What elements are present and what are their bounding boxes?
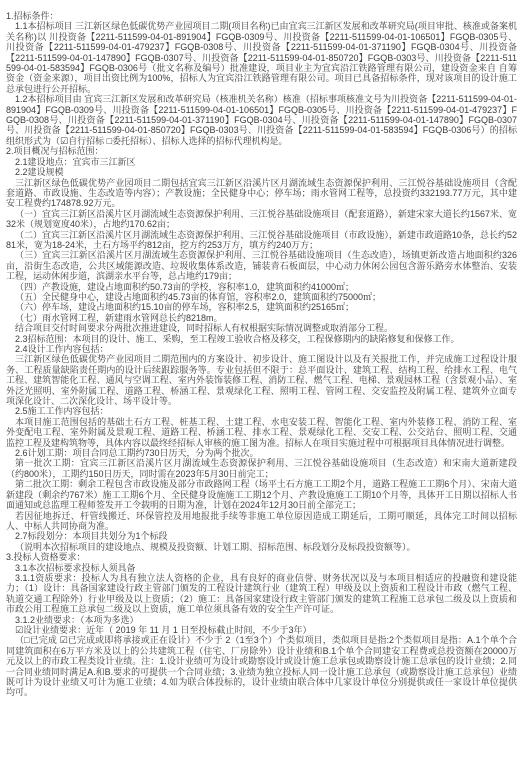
paragraph: 第二批次工期：剩余工程包含市政设施及部分市政路网工程（场平土石方施工工期2个月，… — [6, 479, 517, 510]
paragraph: 2.1建设地点：宜宾市三江新区 — [6, 157, 517, 167]
paragraph: （七）雨水管网工程，新建雨水管网总长约8218m。 — [6, 313, 517, 323]
section-heading: 2.项目概况与招标范围： — [6, 146, 517, 156]
paragraph: （□已完成 ☑已完成或即将承接或正在设计）不少于 2（1至3个）个类似项目，类似… — [6, 635, 517, 697]
paragraph: 1.1本招标项目 三江新区绿色低碳优势产业园项目二期(项目名称)已由宜宾三江新区… — [6, 21, 517, 94]
paragraph: 2.7标段划分：本项目共划分为1个标段 — [6, 531, 517, 541]
paragraph: 若因征地拆迁、杆管线搬迁、环保管控及用地报批手续等非施工单位原因造成工期延后，工… — [6, 511, 517, 532]
paragraph: （四）产教设施，建设占地面积约50.73亩的学校，容积率1.0，建筑面积约410… — [6, 282, 517, 292]
paragraph: 3.1.1资质要求：投标人为具有独立法人资格的企业，具有良好的商业信誉、财务状况… — [6, 573, 517, 615]
paragraph: 3.1.2业绩要求：（本项为多选） — [6, 615, 517, 625]
paragraph: 2.4设计工作内容包括： — [6, 344, 517, 354]
paragraph: （一）宜宾三江新区沿溪片区月湖流域生态资源保护利用、三江悦谷基础设施项目（配套道… — [6, 209, 517, 230]
paragraph: （六）停车场，建设占地面积约15.10亩的停车场，容积率2.5，建筑面积约251… — [6, 302, 517, 312]
document-body: 1.招标条件：1.1本招标项目 三江新区绿色低碳优势产业园项目二期(项目名称)已… — [0, 0, 522, 765]
paragraph: 3.1本次招标要求投标人须具备 — [6, 563, 517, 573]
paragraph: 三江新区绿色低碳优势产业园项目二期包括宜宾三江新区沿溪片区月湖流域生态资源保护利… — [6, 178, 517, 209]
paragraph: （二）宜宾三江新区沿溪片区月湖流域生态资源保护利用、三江悦谷基础设施项目（市政设… — [6, 230, 517, 251]
paragraph: 2.6计划工期：项目合同总工期约730日历天，分为两个批次。 — [6, 448, 517, 458]
paragraph: 三江新区绿色低碳优势产业园项目二期范围内的方案设计、初步设计、施工图设计以及有关… — [6, 354, 517, 406]
paragraph: 2.5施工工作内容包括： — [6, 406, 517, 416]
paragraph: 2.2建设规模 — [6, 167, 517, 177]
paragraph: 结合项目交付时间要求分两批次推进建设，同时招标人有权根据实际情况调整或取消部分工… — [6, 323, 517, 333]
paragraph: ☑设计业绩要求：近年（ 2019 年 11 月 1 日至投标截止时间，不少于3年… — [6, 625, 517, 635]
section-heading: 1.招标条件： — [6, 11, 517, 21]
paragraph: 第一批次工期：宜宾三江新区沿溪片区月湖流域生态资源保护利用、三江悦谷基础设施项目… — [6, 458, 517, 479]
paragraph: 2.3招标范围：本项目的设计、施工、采购，至工程竣工验收合格及移交，工程保修期内… — [6, 334, 517, 344]
paragraph: （三）宜宾三江新区沿溪片区月湖流域生态资源保护利用、三江悦谷基础设施项目（生态改… — [6, 250, 517, 281]
paragraph: 本项目施工范围包括的基础土石方工程、桩基工程、土建工程、水电安装工程、智能化工程… — [6, 417, 517, 448]
section-heading: 3.投标人资格要求： — [6, 552, 517, 562]
paragraph: 1.2本招标项目由 宜宾三江新区发展和改革研究局（核准机关名称）核准（招标事项核… — [6, 94, 517, 146]
paragraph: （五）全民健身中心，建设占地面积约45.73亩的体育馆，容积率2.0，建筑面积约… — [6, 292, 517, 302]
paragraph: （说明本次招标项目的建设地点、规模及投资额、计划工期、招标范围、标段划分及标段投… — [6, 542, 517, 552]
